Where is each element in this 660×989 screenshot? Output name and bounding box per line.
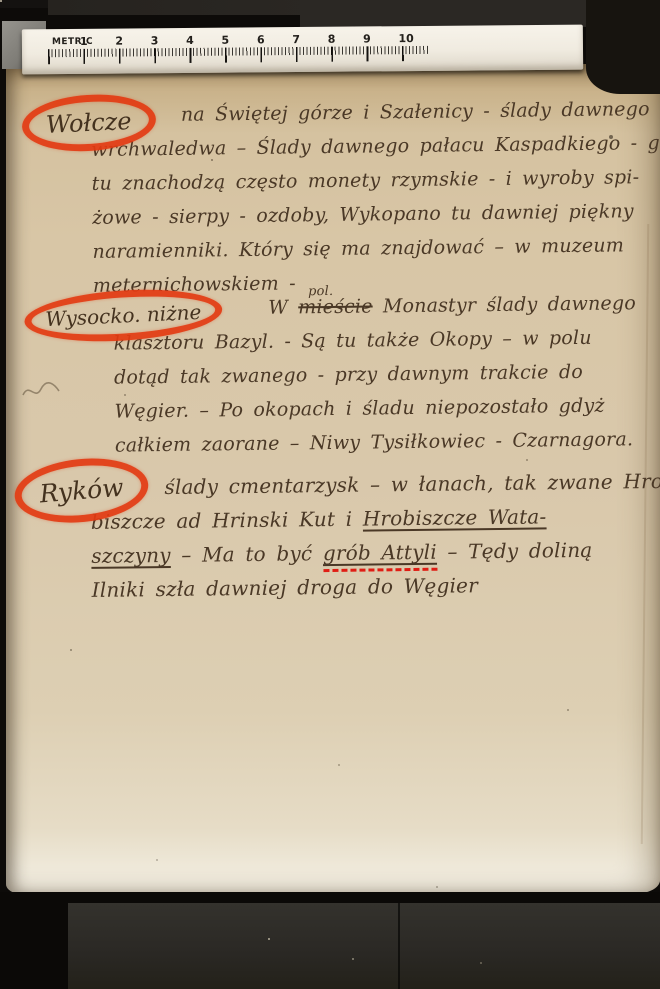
background-notch [586, 0, 660, 94]
handwriting-text: całkiem zaorane – Niwy Tysiłkowiec - Cza… [115, 428, 633, 456]
inserted-word-above: pol. [308, 275, 334, 309]
handwriting-text: tu znachodzą często monety rzymskie - i … [92, 166, 640, 195]
handwriting-text: Ilniki szła dawniej droga do Węgier [92, 573, 478, 602]
handwriting-text: dotąd tak zwanego - przy dawnym trakcie … [114, 361, 583, 389]
ruler-number: 9 [363, 32, 371, 45]
handwriting-text: Hrobiszcze Wata- [363, 504, 547, 530]
handwriting-line: naramienniki. Który się ma znajdować – w… [92, 228, 649, 269]
handwriting-text: grób Attyli [323, 540, 437, 572]
ruler-number: 3 [151, 34, 159, 47]
handwriting-text: Węgier. – Po okopach i śladu niepozostał… [114, 395, 604, 423]
handwriting-text: Monastyr ślady dawnego [373, 292, 637, 317]
handwriting-text: – Tędy doliną [437, 538, 593, 564]
headword-text: Wysocko. niżne [45, 300, 202, 331]
handwriting-line: Ilniki szła dawniej droga do Węgier [91, 566, 645, 607]
handwriting-text: biszcze ad Hrinski Kut i [91, 507, 363, 534]
handwriting-line: całkiem zaorane – Niwy Tysiłkowiec - Cza… [115, 422, 652, 463]
ruler-number: 10 [398, 32, 413, 45]
handwriting-text: W [268, 296, 298, 318]
handwriting-text: naramienniki. Który się ma znajdować – w… [92, 234, 624, 262]
ruler-number: 2 [115, 35, 123, 48]
ruler-number: 1 [80, 35, 88, 48]
headword-text: Wołcze [45, 107, 132, 139]
headword-text: Ryków [38, 473, 124, 509]
handwriting-line: na Świętej górze i Szałenicy - ślady daw… [181, 92, 648, 132]
manuscript-photo: { "photo": { "background_color": "#0d0b0… [0, 0, 660, 989]
handwriting-text: – Ma to być [171, 541, 323, 567]
ruler-number: 5 [221, 34, 229, 47]
handwriting-text: szczyny [91, 543, 171, 568]
handwriting-text: wrchwaledwa – Ślady dawnego pałacu Kaspa… [91, 131, 660, 160]
handwriting-text: żowe - sierpy - ozdoby, Wykopano tu dawn… [92, 200, 634, 229]
ruler-number: 8 [328, 33, 336, 46]
board-seam [398, 903, 400, 989]
manuscript-paragraph: Wołczena Świętej górze i Szałenicy - śla… [26, 92, 650, 304]
ruler-number: 7 [292, 33, 300, 46]
handwriting-text: ślady cmentarzysk – w łanach, tak zwane … [164, 469, 660, 499]
metric-ruler: METRIC 12345678910 [22, 25, 583, 75]
corrected-word: mieściepol. [298, 289, 373, 324]
ruler-number: 6 [257, 33, 265, 46]
handwritten-text-block: Wołczena Świętej górze i Szałenicy - śla… [0, 0, 660, 904]
handwriting-line: ślady cmentarzysk – w łanach, tak zwane … [164, 464, 644, 504]
manuscript-paragraph: Rykówślady cmentarzysk – w łanach, tak z… [22, 464, 646, 608]
handwriting-line: W mieściepol. Monastyr ślady dawnego [268, 286, 650, 325]
manuscript-paragraph: Wysocko. niżneW mieściepol. Monastyr śla… [28, 286, 652, 464]
ruler-cm-ticks [48, 46, 430, 64]
ruler-number: 4 [186, 34, 194, 47]
dust-specks-bottom [0, 0, 2, 2]
handwriting-text: na Świętej górze i Szałenicy - ślady daw… [181, 97, 660, 125]
handwriting-line: szczyny – Ma to być grób Attyli – Tędy d… [91, 532, 645, 573]
book-board-bottom [68, 903, 660, 989]
